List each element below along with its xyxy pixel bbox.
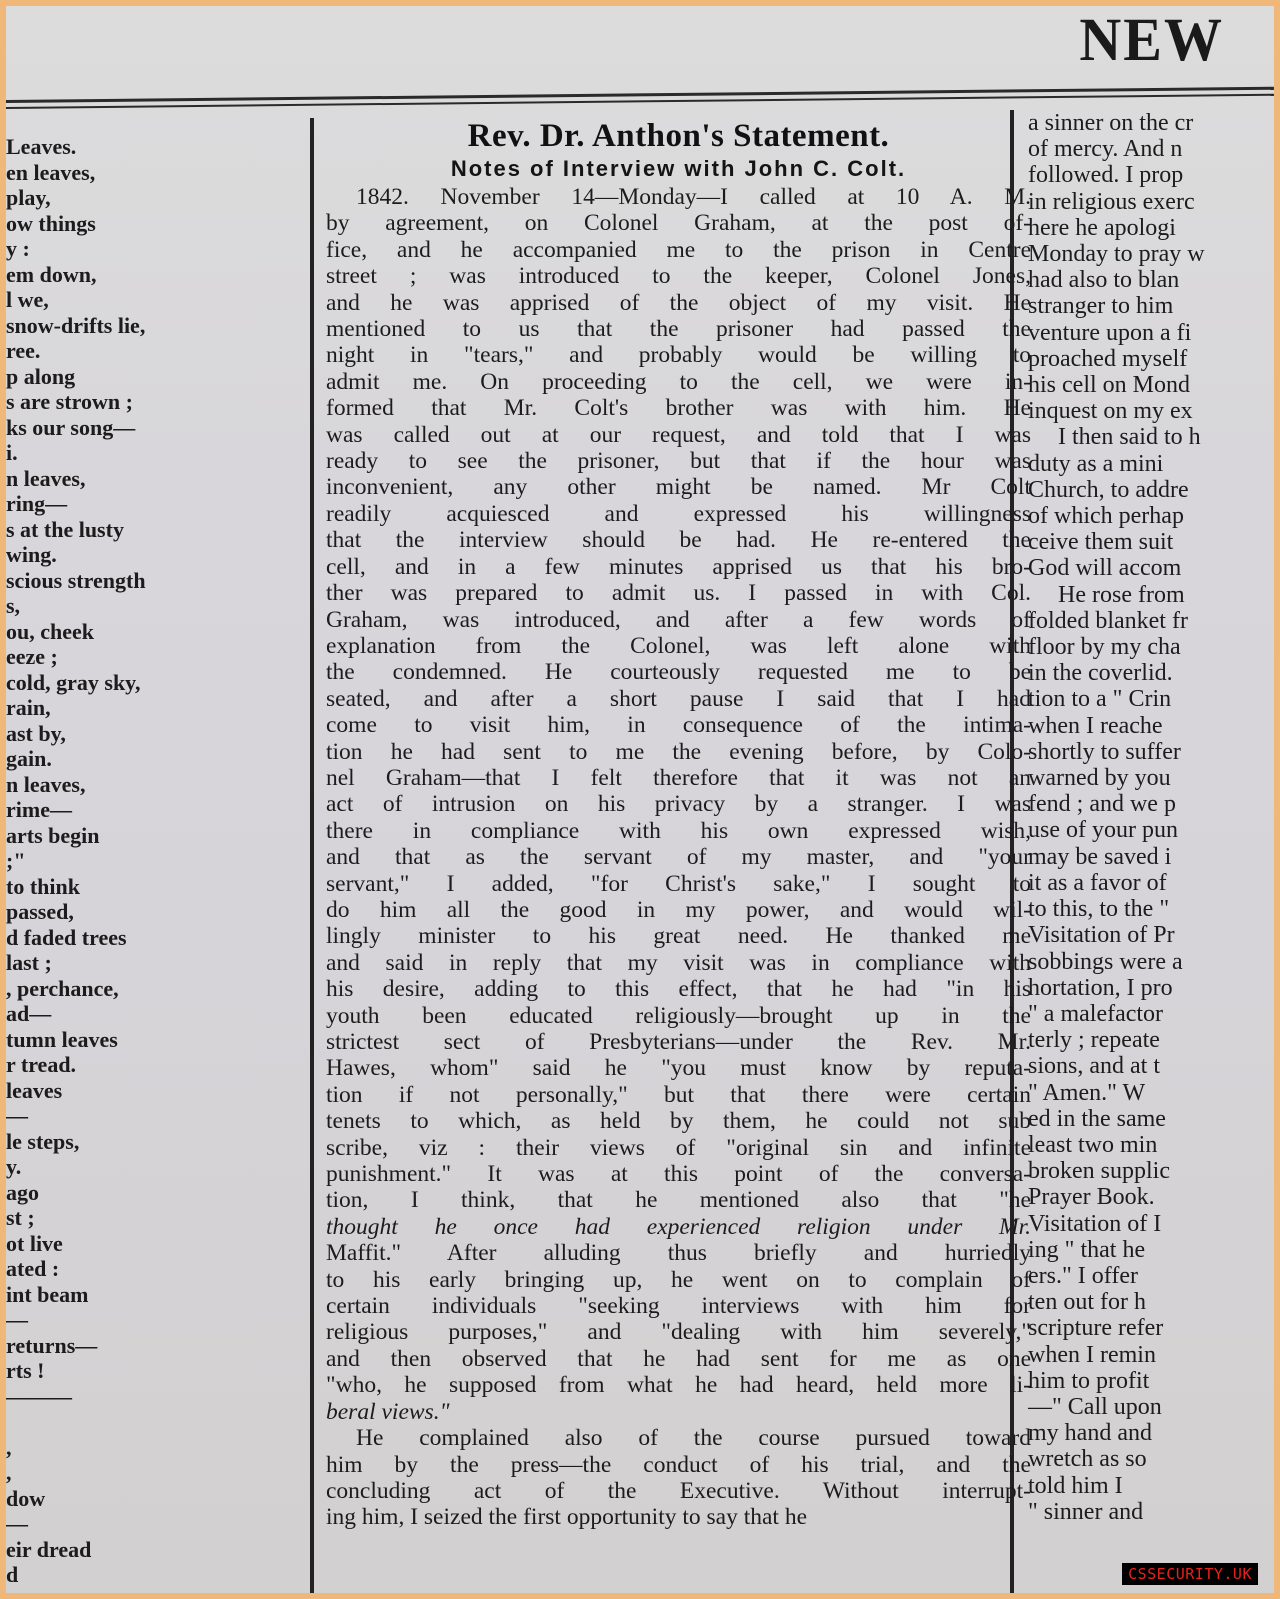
text-line: concluding act of the Executive. Without… <box>326 1478 1031 1504</box>
text-line: shortly to suffer <box>1028 739 1274 765</box>
text-line: stranger to him <box>1028 293 1274 319</box>
text-line: ring— <box>6 491 218 517</box>
text-line: snow-drifts lie, <box>6 313 218 339</box>
text-line: n leaves, <box>6 466 218 492</box>
text-line: wing. <box>6 542 218 568</box>
text-line: there in compliance with his own express… <box>326 818 1031 844</box>
text-line: told him I <box>1028 1473 1274 1499</box>
text-line: when I remin <box>1028 1342 1274 1368</box>
text-line: cold, gray sky, <box>6 670 218 696</box>
text-line: ing him, I seized the first opportunity … <box>326 1504 1031 1530</box>
text-line: le steps, <box>6 1129 218 1155</box>
text-line: st ; <box>6 1205 218 1231</box>
text-line: ad— <box>6 1001 218 1027</box>
text-line: tion he had sent to me the evening befor… <box>326 739 1031 765</box>
text-line: him by the press—the conduct of his tria… <box>326 1452 1031 1478</box>
text-line: night in "tears," and probably would be … <box>326 342 1031 368</box>
text-line: may be saved i <box>1028 844 1274 870</box>
text-line: Leaves. <box>6 134 218 160</box>
text-line: and said in reply that my visit was in c… <box>326 950 1031 976</box>
text-line: , perchance, <box>6 976 218 1002</box>
text-line: a sinner on the cr <box>1028 110 1274 136</box>
text-line: ceive them suit <box>1028 529 1274 555</box>
text-line: of mercy. And n <box>1028 136 1274 162</box>
watermark-badge: CSSECURITY.UK <box>1122 1563 1258 1585</box>
text-line: in the coverlid. <box>1028 660 1274 686</box>
column-divider-left <box>310 118 314 1593</box>
text-line: en leaves, <box>6 160 218 186</box>
text-line: ready to see the prisoner, but that if t… <box>326 448 1031 474</box>
text-line: wretch as so <box>1028 1446 1274 1472</box>
text-line: inconvenient, any other might be named. … <box>326 474 1031 500</box>
text-line: tumn leaves <box>6 1027 218 1053</box>
text-line: Prayer Book. <box>1028 1184 1274 1210</box>
text-line: terly ; repeate <box>1028 1027 1274 1053</box>
text-line: — <box>6 1511 218 1537</box>
text-line: venture upon a fi <box>1028 320 1274 346</box>
text-line: his desire, adding to this effect, that … <box>326 976 1031 1002</box>
text-line: by agreement, on Colonel Graham, at the … <box>326 210 1031 236</box>
text-line: d <box>6 1562 218 1588</box>
text-line: —" Call upon <box>1028 1394 1274 1420</box>
text-line: y : <box>6 236 218 262</box>
text-line: ree. <box>6 338 218 364</box>
text-line: that the interview should be had. He re-… <box>326 527 1031 553</box>
text-line: inquest on my ex <box>1028 398 1274 424</box>
text-line: l we, <box>6 287 218 313</box>
text-line: my hand and <box>1028 1420 1274 1446</box>
text-line: Monday to pray w <box>1028 241 1274 267</box>
text-line: gain. <box>6 746 218 772</box>
text-line: nel Graham—that I felt therefore that it… <box>326 765 1031 791</box>
text-line: scripture refer <box>1028 1315 1274 1341</box>
text-line: formed that Mr. Colt's brother was with … <box>326 395 1031 421</box>
masthead-title: NEW <box>1079 6 1224 75</box>
text-line: lingly minister to his great need. He th… <box>326 923 1031 949</box>
text-line: God will accom <box>1028 555 1274 581</box>
text-line: come to visit him, in consequence of the… <box>326 712 1031 738</box>
text-line: "who, he supposed from what he had heard… <box>326 1372 1031 1398</box>
text-line: him to profit <box>1028 1368 1274 1394</box>
text-line: ers." I offer <box>1028 1263 1274 1289</box>
text-line: play, <box>6 185 218 211</box>
text-line: broken supplic <box>1028 1158 1274 1184</box>
text-line: returns— <box>6 1333 218 1359</box>
text-line: Hawes, whom" said he "you must know by r… <box>326 1055 1031 1081</box>
text-line: ;" <box>6 848 218 874</box>
text-line: He complained also of the course pursued… <box>326 1425 1031 1451</box>
text-line: cell, and in a few minutes apprised us t… <box>326 554 1031 580</box>
text-line: eeze ; <box>6 644 218 670</box>
text-line: duty as a mini <box>1028 451 1274 477</box>
text-line: punishment." It was at this point of the… <box>326 1161 1031 1187</box>
text-line: , <box>6 1460 218 1486</box>
text-line: use of your pun <box>1028 817 1274 843</box>
text-line: — <box>6 1103 218 1129</box>
text-line: rain, <box>6 695 218 721</box>
text-line: last ; <box>6 950 218 976</box>
text-line: religious purposes," and "dealing with h… <box>326 1319 1031 1345</box>
text-line: ast by, <box>6 721 218 747</box>
text-line: rime— <box>6 797 218 823</box>
text-line: Maffit." After alluding thus briefly and… <box>326 1240 1031 1266</box>
text-line: servant," I added, "for Christ's sake," … <box>326 871 1031 897</box>
text-line: ing " that he <box>1028 1237 1274 1263</box>
text-line <box>6 1409 218 1435</box>
text-line: " a malefactor <box>1028 1001 1274 1027</box>
text-line: s, <box>6 593 218 619</box>
text-line: ks our song— <box>6 415 218 441</box>
text-line: hortation, I pro <box>1028 975 1274 1001</box>
text-line: was called out at our request, and told … <box>326 422 1031 448</box>
article-headline: Rev. Dr. Anthon's Statement. <box>326 116 1031 156</box>
text-line: tion to a " Crin <box>1028 686 1274 712</box>
text-line: y. <box>6 1154 218 1180</box>
text-line: and then observed that he had sent for m… <box>326 1346 1031 1372</box>
right-column-text: a sinner on the crof mercy. And nfollowe… <box>1028 110 1274 1525</box>
text-line: d faded trees <box>6 925 218 951</box>
text-line: admit me. On proceeding to the cell, we … <box>326 369 1031 395</box>
article-body: 1842. November 14—Monday—I called at 10 … <box>326 184 1031 1531</box>
text-line: explanation from the Colonel, was left a… <box>326 633 1031 659</box>
text-line: s at the lusty <box>6 517 218 543</box>
text-line: it as a favor of <box>1028 870 1274 896</box>
text-line: scribe, viz : their views of "original s… <box>326 1135 1031 1161</box>
left-column-poem: Leaves.en leaves,play,ow thingsy :em dow… <box>6 134 218 1588</box>
text-line: floor by my cha <box>1028 634 1274 660</box>
text-line: to think <box>6 874 218 900</box>
text-line: Church, to addre <box>1028 477 1274 503</box>
text-line: folded blanket fr <box>1028 608 1274 634</box>
text-line: i. <box>6 440 218 466</box>
text-line: tion, I think, that he mentioned also th… <box>326 1187 1031 1213</box>
text-line: 1842. November 14—Monday—I called at 10 … <box>326 184 1031 210</box>
text-line: seated, and after a short pause I said t… <box>326 686 1031 712</box>
text-line: had also to blan <box>1028 267 1274 293</box>
text-line: and that as the servant of my master, an… <box>326 844 1031 870</box>
text-line: Graham, was introduced, and after a few … <box>326 607 1031 633</box>
article-column: Rev. Dr. Anthon's Statement. Notes of In… <box>326 116 1031 1531</box>
text-line: and he was apprised of the object of my … <box>326 290 1031 316</box>
text-line: " sinner and <box>1028 1499 1274 1525</box>
text-line: here he apologi <box>1028 215 1274 241</box>
text-line: fice, and he accompanied me to the priso… <box>326 237 1031 263</box>
text-line: p along <box>6 364 218 390</box>
text-line: strictest sect of Presbyterians—under th… <box>326 1029 1031 1055</box>
text-line: in religious exerc <box>1028 189 1274 215</box>
text-line: sobbings were a <box>1028 949 1274 975</box>
text-line: , <box>6 1435 218 1461</box>
text-line: the condemned. He courteously requested … <box>326 659 1031 685</box>
text-line: proached myself <box>1028 346 1274 372</box>
text-line: certain individuals "seeking interviews … <box>326 1293 1031 1319</box>
text-line: " Amen." W <box>1028 1080 1274 1106</box>
text-line: ten out for h <box>1028 1289 1274 1315</box>
text-line: r tread. <box>6 1052 218 1078</box>
text-line: warned by you <box>1028 765 1274 791</box>
text-line: ther was prepared to admit us. I passed … <box>326 580 1031 606</box>
text-line: do him all the good in my power, and wou… <box>326 897 1031 923</box>
text-line: s are strown ; <box>6 389 218 415</box>
text-line: tion if not personally," but that there … <box>326 1082 1031 1108</box>
text-line: He rose from <box>1028 582 1274 608</box>
text-line: int beam <box>6 1282 218 1308</box>
text-line: rts ! <box>6 1358 218 1384</box>
text-line: act of intrusion on his privacy by a str… <box>326 791 1031 817</box>
text-line: I then said to h <box>1028 424 1274 450</box>
text-line: when I reache <box>1028 713 1274 739</box>
text-line: followed. I prop <box>1028 162 1274 188</box>
text-line: Visitation of Pr <box>1028 922 1274 948</box>
text-line: ago <box>6 1180 218 1206</box>
text-line: — <box>6 1307 218 1333</box>
text-line: thought he once had experienced religion… <box>326 1214 1031 1240</box>
text-line: arts begin <box>6 823 218 849</box>
text-line: mentioned to us that the prisoner had pa… <box>326 316 1031 342</box>
text-line: street ; was introduced to the keeper, C… <box>326 263 1031 289</box>
text-line: tenets to which, as held by them, he cou… <box>326 1108 1031 1134</box>
text-line: to his early bringing up, he went on to … <box>326 1267 1031 1293</box>
text-line: leaves <box>6 1078 218 1104</box>
text-line: n leaves, <box>6 772 218 798</box>
article-subheadline: Notes of Interview with John C. Colt. <box>326 156 1031 182</box>
text-line: passed, <box>6 899 218 925</box>
text-line: em down, <box>6 262 218 288</box>
text-line: eir dread <box>6 1537 218 1563</box>
text-line: scious strength <box>6 568 218 594</box>
text-line: ot live <box>6 1231 218 1257</box>
text-line: ed in the same <box>1028 1106 1274 1132</box>
text-line: fend ; and we p <box>1028 791 1274 817</box>
text-line: ow things <box>6 211 218 237</box>
text-line: dow <box>6 1486 218 1512</box>
text-line: youth been educated religiously—brought … <box>326 1003 1031 1029</box>
text-line: Visitation of I <box>1028 1211 1274 1237</box>
text-line: of which perhap <box>1028 503 1274 529</box>
text-line: least two min <box>1028 1132 1274 1158</box>
text-line: his cell on Mond <box>1028 372 1274 398</box>
newspaper-page: NEW Leaves.en leaves,play,ow thingsy :em… <box>6 6 1274 1593</box>
text-line: sions, and at t <box>1028 1053 1274 1079</box>
text-line: ated : <box>6 1256 218 1282</box>
text-line: beral views." <box>326 1399 1031 1425</box>
text-line: ou, cheek <box>6 619 218 645</box>
text-line: to this, to the " <box>1028 896 1274 922</box>
text-line: ——— <box>6 1384 218 1410</box>
text-line: readily acquiesced and expressed his wil… <box>326 501 1031 527</box>
